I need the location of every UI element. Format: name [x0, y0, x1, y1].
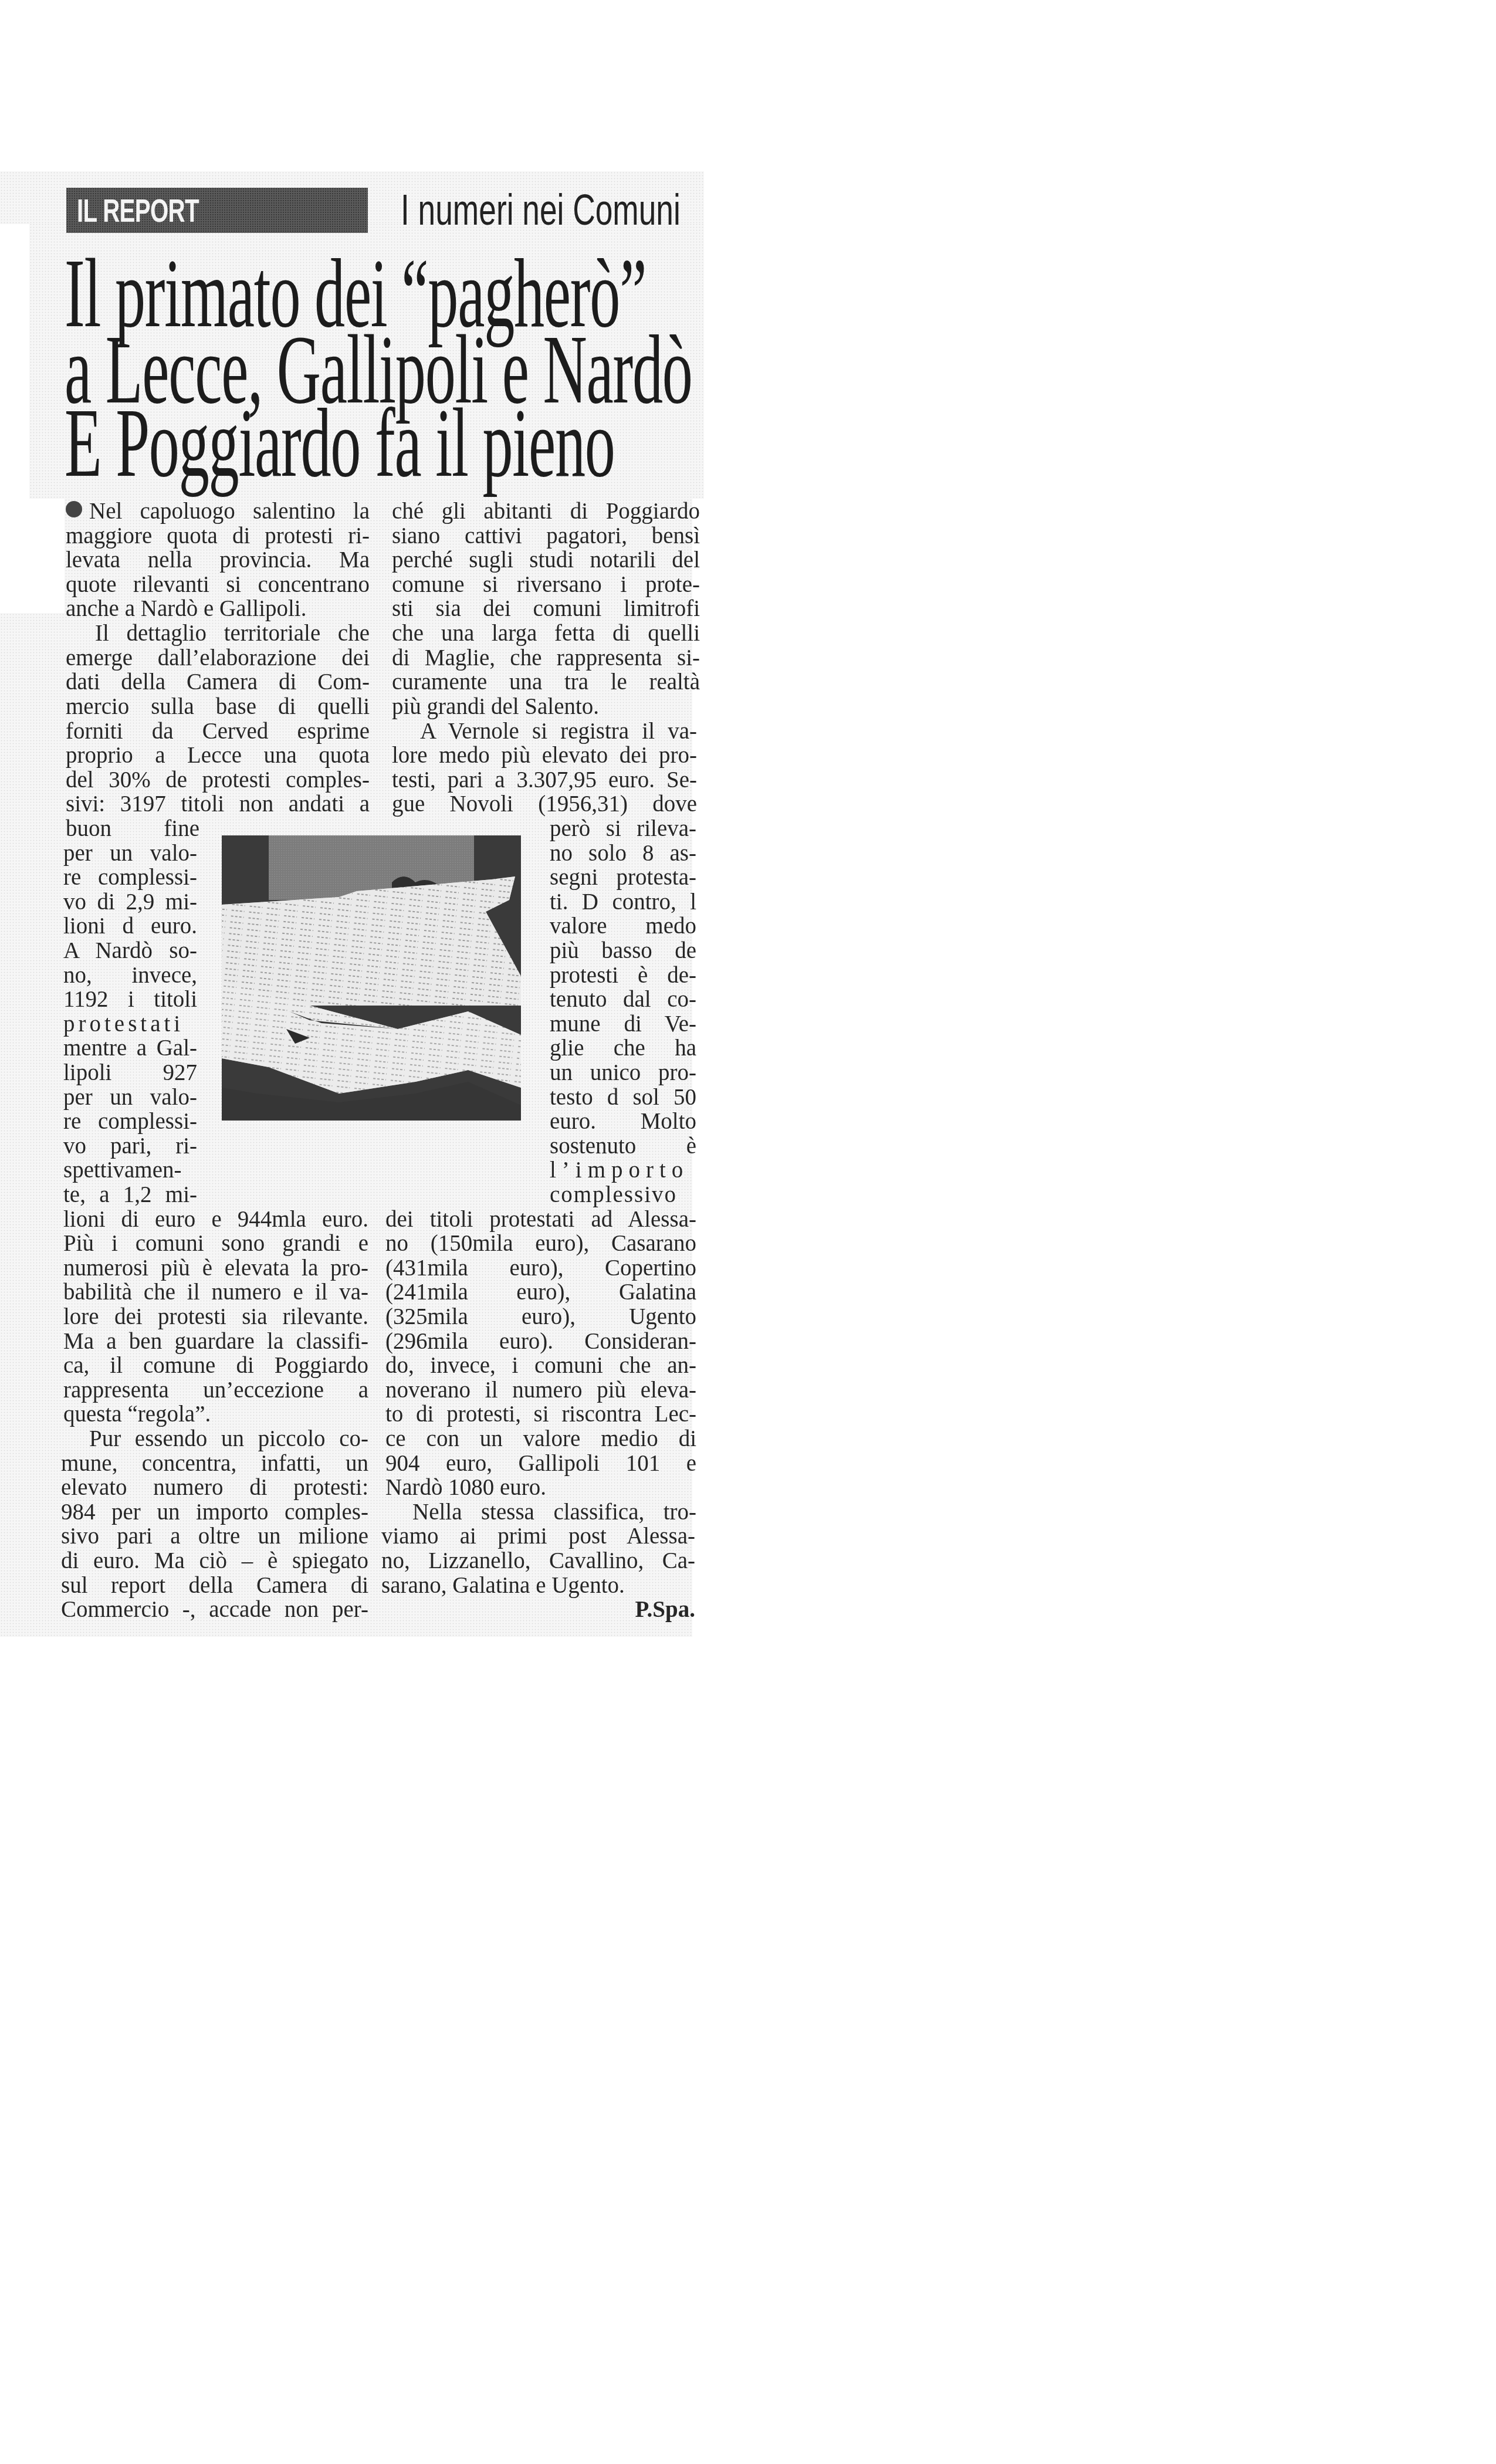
text-line: segni protesta-: [550, 865, 696, 890]
text-line: ti. D contro, l: [550, 890, 696, 915]
text-line: re complessi-: [63, 1109, 197, 1134]
text-line: 904 euro, Gallipoli 101 e: [385, 1451, 696, 1476]
text-line: ce con un valore medio di: [385, 1427, 696, 1451]
text-line: che una larga fetta di quelli: [392, 621, 700, 646]
text-line: sivo pari a oltre un milione: [61, 1524, 368, 1549]
text-line: dei titoli protestati ad Alessa-: [385, 1207, 696, 1232]
text-line: mune di Ve-: [550, 1012, 696, 1037]
text-line: lipoli 927: [63, 1061, 197, 1085]
text-line: gue Novoli (1956,31) dove: [392, 792, 697, 817]
text-line: proprio a Lecce una quota: [66, 743, 370, 768]
text-line: valore medo: [550, 914, 696, 939]
text-line: babilità che il numero e il va-: [63, 1280, 368, 1305]
text-line: l’importo: [550, 1158, 696, 1183]
text-line: 984 per un importo comples-: [61, 1500, 368, 1525]
bullet-icon: [66, 501, 82, 517]
text-line: siano cattivi pagatori, bensì: [392, 524, 700, 549]
text-line: rappresenta un’eccezione a: [63, 1378, 368, 1403]
text-line: lioni d euro.: [63, 914, 197, 939]
text-line: maggiore quota di protesti ri-: [66, 524, 370, 549]
text-line: sul report della Camera di: [61, 1573, 368, 1598]
section-kicker-bar: IL REPORT: [66, 188, 368, 233]
text-line: lioni di euro e 944mla euro.: [63, 1207, 368, 1232]
text-line: no (150mila euro), Casarano: [385, 1231, 696, 1256]
text-line: Nardò 1080 euro.: [385, 1475, 696, 1500]
text-line: numerosi più è elevata la pro-: [63, 1256, 368, 1281]
text-line: perché sugli studi notarili del: [392, 548, 700, 573]
text-line: Il dettaglio territoriale che: [95, 621, 370, 646]
text-line: Nella stessa classifica, tro-: [412, 1500, 696, 1525]
text-line: Più i comuni sono grandi e: [63, 1231, 368, 1256]
text-line: (296mila euro). Consideran-: [385, 1329, 696, 1354]
text-line: A Vernole si registra il va-: [420, 719, 697, 744]
text-line: Pur essendo un piccolo co-: [89, 1427, 368, 1451]
text-line: mentre a Gal-: [63, 1036, 197, 1061]
text-line: mercio sulla base di quelli: [66, 695, 370, 719]
text-line: vo di 2,9 mi-: [63, 890, 197, 915]
text-line: sostenuto è: [550, 1134, 696, 1159]
text-line: ca, il comune di Poggiardo: [63, 1353, 368, 1378]
text-line: sti sia dei comuni limitrofi: [392, 597, 700, 621]
text-line: to di protesti, si riscontra Lec-: [385, 1402, 696, 1427]
text-line: di euro. Ma ciò – è spiegato: [61, 1549, 368, 1573]
text-line: dati della Camera di Com-: [66, 670, 370, 695]
text-line: emerge dall’elaborazione dei: [66, 646, 370, 671]
text-line: testi, pari a 3.307,95 euro. Se-: [392, 768, 697, 793]
text-line: re complessi-: [63, 865, 197, 890]
text-line: lore dei protesti sia rilevante.: [63, 1305, 368, 1329]
text-line: ché gli abitanti di Poggiardo: [392, 499, 700, 524]
text-line: forniti da Cerved esprime: [66, 719, 370, 744]
text-line: levata nella provincia. Ma: [66, 548, 370, 573]
text-line: te, a 1,2 mi-: [63, 1183, 197, 1207]
text-line: però si rileva-: [550, 817, 696, 841]
headline-line-3: E Poggiardo fa il pieno: [65, 399, 615, 487]
text-line: viamo ai primi post Alessa-: [381, 1524, 695, 1549]
text-line: Commercio -, accade non per-: [61, 1597, 368, 1622]
text-line: Ma a ben guardare la classifi-: [63, 1329, 368, 1354]
text-line: anche a Nardò e Gallipoli.: [66, 597, 370, 621]
text-line: complessivo: [550, 1183, 696, 1207]
text-line: di Maglie, che rappresenta si-: [392, 646, 700, 671]
photo-documents-icon: [222, 835, 521, 1121]
section-title: I numeri nei Comuni: [401, 187, 681, 233]
text-line: sivi: 3197 titoli non andati a: [66, 792, 370, 817]
text-line: Nel capoluogo salentino la: [66, 499, 370, 524]
text-line: no, invece,: [63, 963, 197, 988]
text-line: no, Lizzanello, Cavallino, Ca-: [381, 1549, 695, 1573]
text-line: euro. Molto: [550, 1109, 696, 1134]
text-line: lore medo più elevato dei pro-: [392, 743, 697, 768]
text-line: questa “regola”.: [63, 1402, 368, 1427]
text-line: protestati: [63, 1012, 197, 1037]
byline: P.Spa.: [381, 1597, 695, 1622]
section-kicker-label: IL REPORT: [77, 190, 199, 231]
text-line: no solo 8 as-: [550, 841, 696, 866]
text-line: per un valo-: [63, 1085, 197, 1110]
text-line: (431mila euro), Copertino: [385, 1256, 696, 1281]
text-line: spettivamen-: [63, 1158, 197, 1183]
text-line: un unico pro-: [550, 1061, 696, 1085]
text-line: glie che ha: [550, 1036, 696, 1061]
text-line: più grandi del Salento.: [392, 695, 700, 719]
text-line: mune, concentra, infatti, un: [61, 1451, 368, 1476]
text-line: 1192 i titoli: [63, 987, 197, 1012]
text-line: noverano il numero più eleva-: [385, 1378, 696, 1403]
text-line: buon fine: [66, 817, 199, 841]
text-line: tenuto dal co-: [550, 987, 696, 1012]
text-line: più basso de: [550, 939, 696, 963]
text-line: A Nardò so-: [63, 939, 197, 963]
text-line: protesti è de-: [550, 963, 696, 988]
text-line: testo d sol 50: [550, 1085, 696, 1110]
text-line: elevato numero di protesti:: [61, 1475, 368, 1500]
text-line: quote rilevanti si concentrano: [66, 573, 370, 597]
text-line: comune si riversano i prote-: [392, 573, 700, 597]
text-line: vo pari, ri-: [63, 1134, 197, 1159]
text-line: sarano, Galatina e Ugento.: [381, 1573, 695, 1598]
text-line: do, invece, i comuni che an-: [385, 1353, 696, 1378]
text-line: curamente una tra le realtà: [392, 670, 700, 695]
text-line: (241mila euro), Galatina: [385, 1280, 696, 1305]
text-line: (325mila euro), Ugento: [385, 1305, 696, 1329]
text-line: del 30% de protesti comples-: [66, 768, 370, 793]
article-photo: [222, 835, 521, 1121]
text-line: per un valo-: [63, 841, 197, 866]
